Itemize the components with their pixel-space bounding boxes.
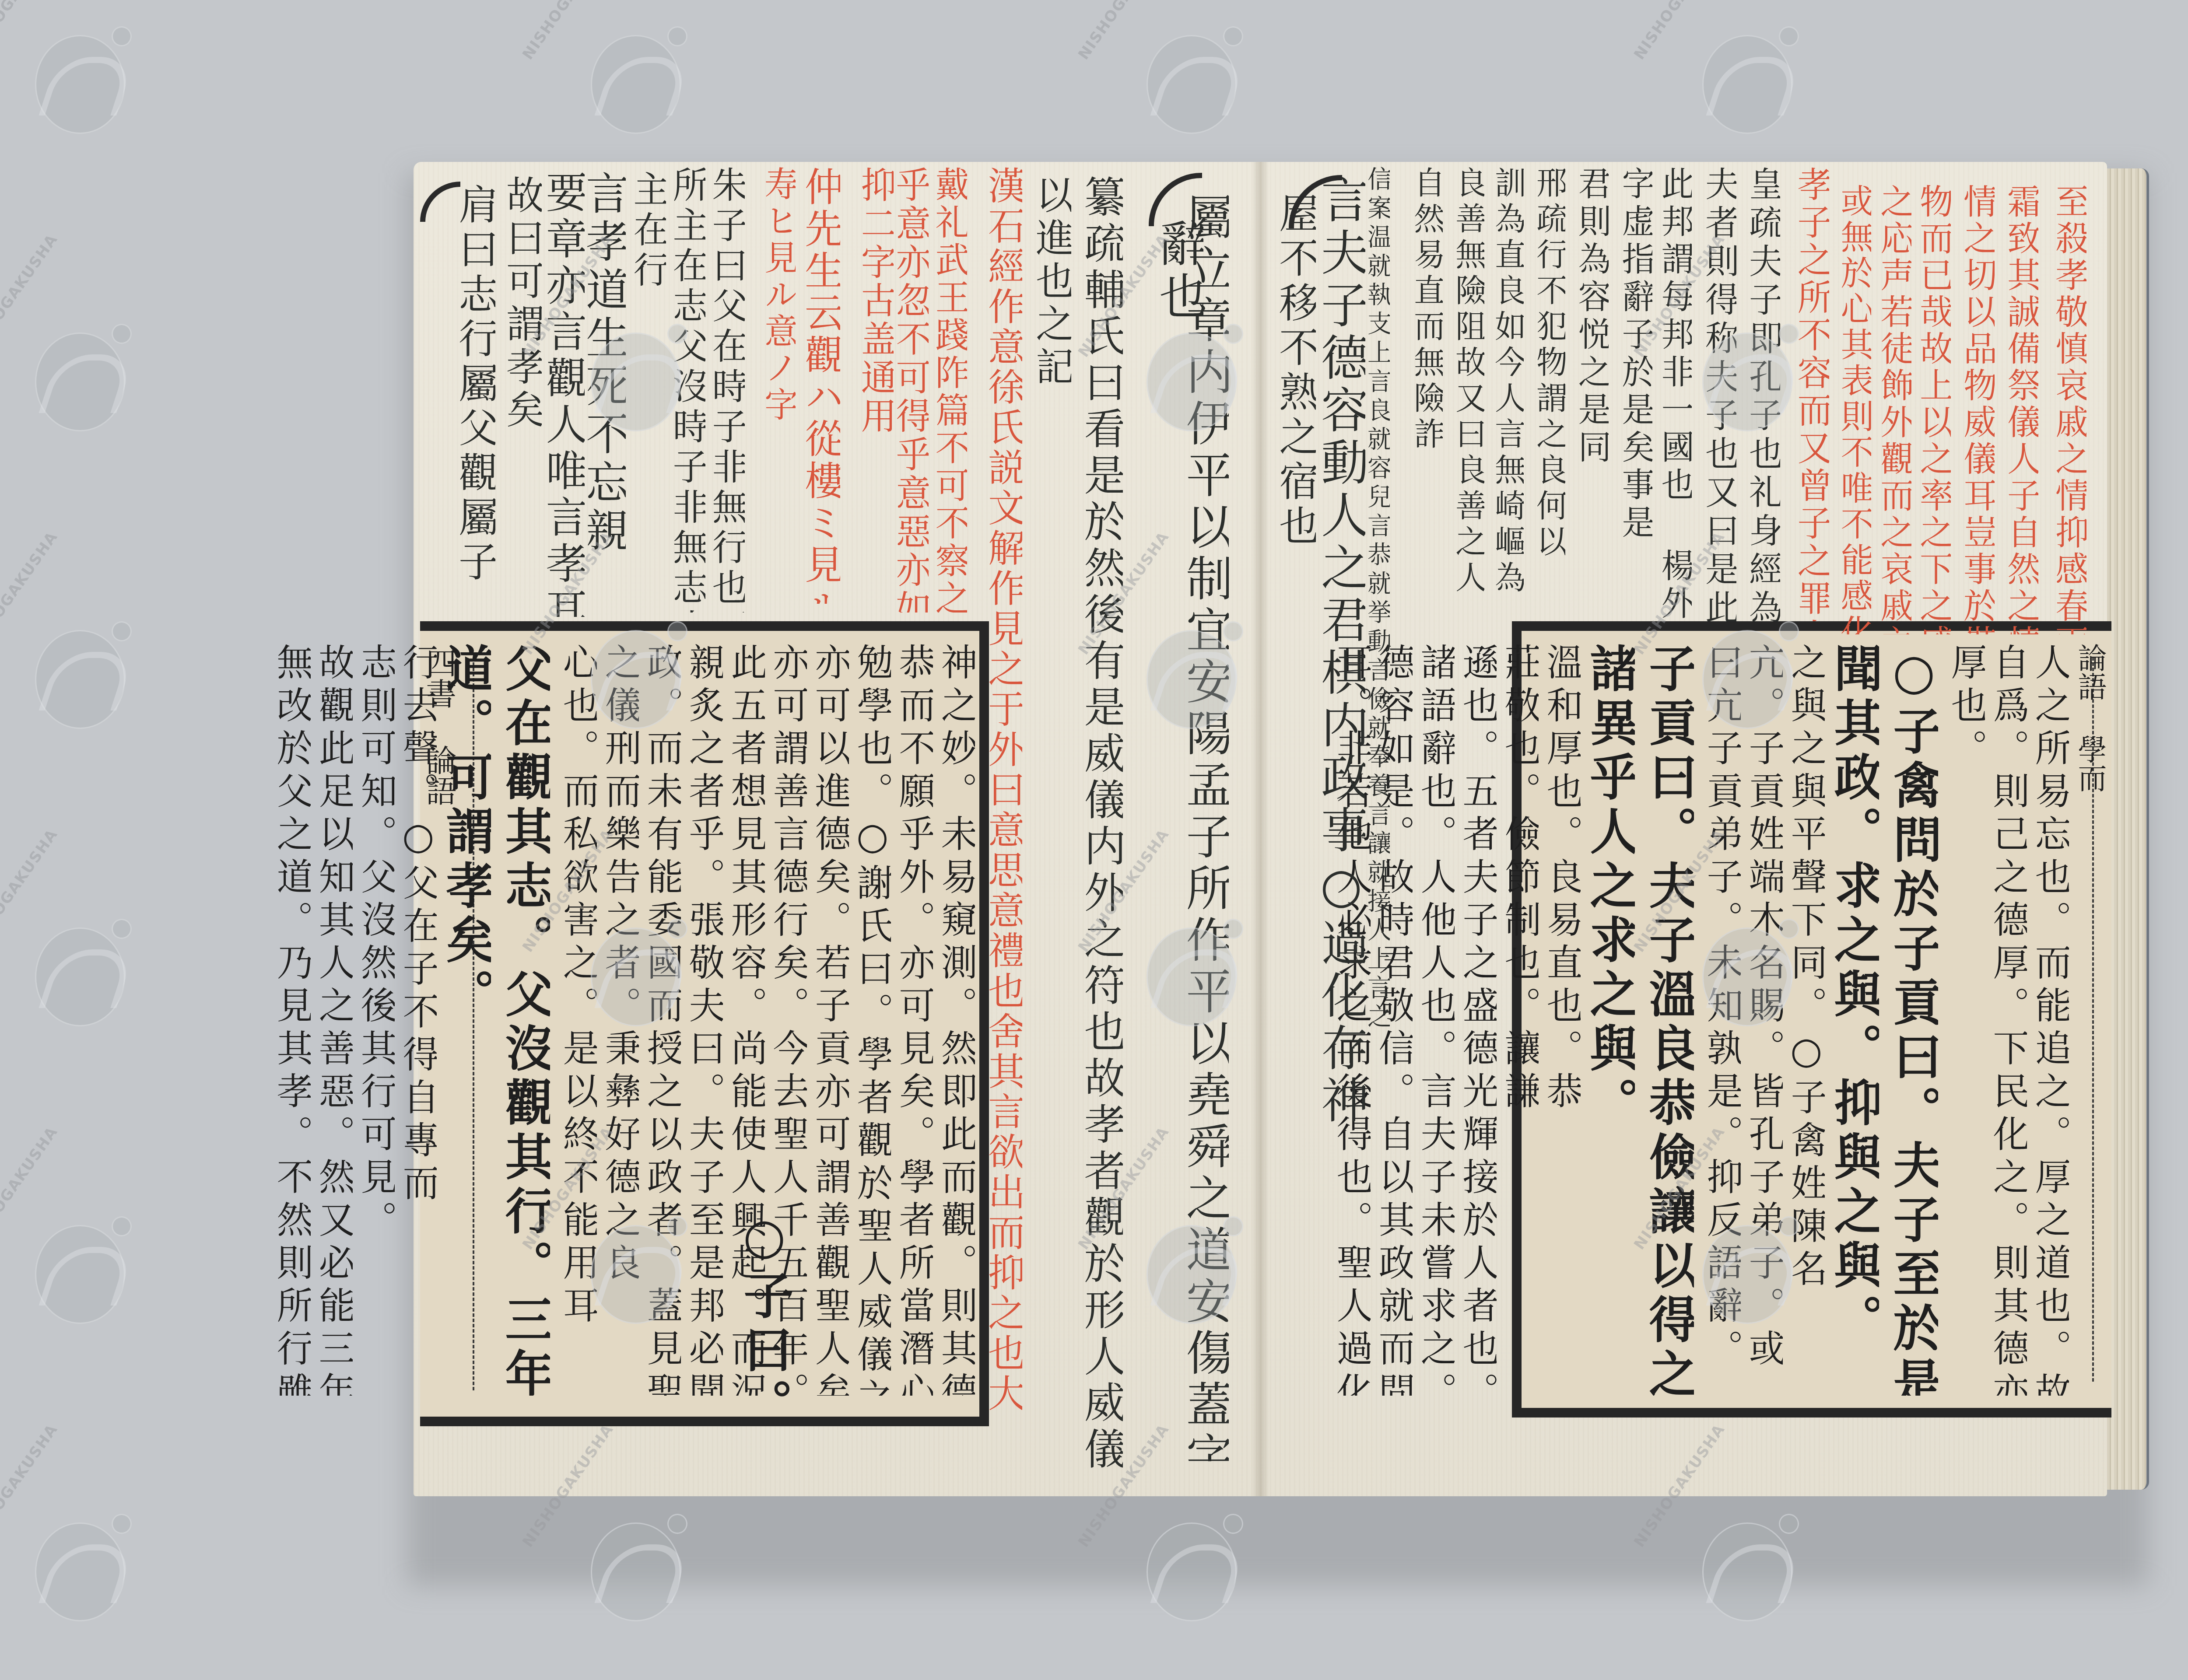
ink-annotation-column: 言夫子德容動人之君棋内政事○過化存神 (1317, 175, 1365, 1128)
printed-text-column: 亢。子貢姓端木名賜。皆孔子弟子。或 (1746, 643, 1783, 1372)
nishogakusha-logo-icon: NISHOGAKUSHA (18, 1496, 127, 1606)
ink-annotation-column: 朱子曰父在時子非無行也而其 (709, 166, 745, 612)
printed-text-column: 神之妙。未易窺測。然即此而觀。則其德盛禮 (938, 643, 975, 1396)
printed-text-column: 父在觀其志。父沒觀其行。三年無改於父之 (501, 643, 550, 1396)
printed-text-column: 政。而未有能委國而授之以政者。蓋見聖人 (644, 643, 681, 1396)
printed-text-column: 聞其政。求之與。抑與之與。 (1830, 643, 1879, 1348)
ink-annotation-column: 肩曰志行屬父觀屬子 (455, 184, 495, 585)
ink-annotation-column: 皇疏夫子即孔子也礼身經為大 (1746, 166, 1780, 621)
printed-text-column: 故觀此足以知其人之善惡。然又必能三年 (316, 643, 353, 1396)
nishogakusha-logo-icon: NISHOGAKUSHA (1685, 9, 1794, 118)
printed-text-column: 亦可以進德矣。若子貢亦可謂善觀聖人矣。 (812, 643, 849, 1396)
red-annotation-column: 寿ヒ見ル意ノ字 (761, 166, 796, 423)
nishogakusha-logo-icon: NISHOGAKUSHA (573, 9, 683, 118)
nishogakusha-logo-icon: NISHOGAKUSHA (18, 306, 127, 416)
printed-text-column: 曰亢子貢弟子。未知孰是。抑反語辭。 (1704, 643, 1741, 1372)
ink-annotation-column: 君則為容悦之是同 (1575, 166, 1609, 467)
printed-text-column: 親炙之者乎。張敬夫曰。夫子至是邦必聞其 (686, 643, 723, 1396)
printed-text-column: 厚也。 (1948, 643, 1985, 772)
ink-annotation-column: 良善無險阻故又曰良善之人 (1453, 166, 1484, 597)
ink-annotation-column: 字虚指辭子於是矣事是 (1619, 166, 1652, 542)
ink-annotation-column: 主在行 (630, 171, 666, 291)
printed-text-column: 溫和厚也。良易直也。恭 (1544, 643, 1581, 1115)
nishogakusha-logo-icon: NISHOGAKUSHA (1129, 9, 1238, 118)
printed-text-column: 恭而不願乎外。亦可見矣。學者所當潛心而 (896, 643, 933, 1396)
ink-annotation-column: 信案温就執支上言良就容兒言恭就挙動言儉就奉養言讓就接人上言之 (1365, 166, 1390, 1032)
ink-annotation-column: 言孝道生死不忘親 (582, 171, 626, 556)
ink-annotation-column: 故曰可謂孝矣 (503, 175, 542, 432)
printed-text-column: 之儀刑而樂告之者。秉彝好德之良 (602, 643, 639, 1286)
ink-annotation-column: 屬立章内伊平以制宜安陽孟子所作平以堯舜之道安傷蓋字子貢 (1182, 192, 1229, 1461)
red-annotation-column: 霜致其誠備祭儀人子自然之情表其 (2004, 184, 2038, 634)
ink-annotation-column: 辭也 (1155, 219, 1203, 324)
nishogakusha-logo-icon: NISHOGAKUSHA (18, 9, 127, 118)
red-annotation-column: 乎意亦忽不可得乎意惡亦如 (893, 166, 929, 612)
ink-annotation-column: 所主在志父沒時子非無志也所 (670, 166, 705, 612)
printed-text-column: 莊敬也。儉節制也。讓謙 (1502, 643, 1539, 1115)
book-gutter (1252, 162, 1269, 1496)
ink-annotation-column: 屋不移不熟之宿也 (1276, 192, 1316, 549)
printed-text-column: 遜也。五者夫子之盛德光輝接於人者也。其 (1460, 643, 1497, 1396)
printed-text-column: 人之所易忘也。而能追之。厚之道也。故以此 (2032, 643, 2069, 1396)
red-annotation-column: 情之切以品物威儀耳豈事於裝外飾 (1960, 184, 1995, 634)
red-annotation-column: 孝子之所不容而又曾子之罪人也 (1794, 166, 1829, 621)
book-fore-edge (2107, 168, 2149, 1490)
ink-annotation-column: 訓為直良如今人言無崎嶇為 (1492, 166, 1524, 597)
printed-text-column: 無改於父之道。乃見其孝。不然則所行雖善 (274, 643, 311, 1396)
printed-text-column: 子貢曰。夫子溫良恭儉讓以得之。夫子之求之也。其 (1645, 643, 1694, 1396)
left-inline-mark: ○子曰。 (740, 1207, 789, 1433)
red-annotation-column: 漢石經作意徐氏説文解作見之于外曰意思意禮也舍其言欲出而抑之也大 (985, 166, 1022, 1414)
red-annotation-column: 戴礼武王踐阼篇不可不察之意存 (932, 166, 967, 612)
printed-text-column: 自爲。則己之德厚。下民化之。則其德亦歸於 (1990, 643, 2027, 1396)
ink-annotation-column: 邢疏行不犯物謂之良何以 (1534, 166, 1565, 561)
printed-text-column: 諸語辭也。人他人也。言夫子未嘗求之。但其 (1418, 643, 1455, 1396)
right-margin-label: 論語 學而 (2075, 643, 2104, 792)
left-margin-label: 四書 論語 (424, 647, 454, 806)
nishogakusha-logo-icon: NISHOGAKUSHA (18, 1199, 127, 1308)
red-annotation-column: 至殺孝敬慎哀戚之情抑感春雨露秋 (2052, 184, 2086, 634)
ink-annotation-column: 要章亦言觀人唯言孝耳 (543, 171, 585, 617)
printed-text-column: 心也。而私欲害之。是以終不能用耳 (560, 643, 597, 1329)
nishogakusha-logo-icon: NISHOGAKUSHA (18, 901, 127, 1011)
printed-text-column: 勉學也。○謝氏曰。學者觀於聖人威儀之間。 (854, 643, 891, 1396)
printed-text-column: 諸異乎人之求之與。 (1586, 643, 1635, 1131)
printed-text-column: 之與之與平聲下同。○子禽姓陳名 (1788, 643, 1825, 1292)
red-annotation-column: 物而已哉故上以之率之下之感化猶響 (1917, 184, 1951, 634)
red-annotation-column: 之応声若徒飾外觀而之哀戚之情 (1877, 184, 1911, 634)
red-annotation-column: 仲先生云觀ハ從樓ミ見ルヲ (801, 166, 840, 604)
ink-annotation-column: 以進也之記 (1033, 175, 1071, 389)
printed-text-column: ○子禽問於子貢曰。夫子至於是邦也。必 (1889, 643, 1938, 1396)
ink-annotation-column: 夫者則得称夫子也又曰是此邦也 (1702, 166, 1736, 621)
printed-text-column: 志則可知。父沒然後其行可見。 (358, 643, 395, 1243)
ink-annotation-column: 纂疏輔氏曰看是於然後有是威儀内外之符也故孝者觀於形人威儀之間亦可 (1081, 175, 1123, 1470)
nishogakusha-logo-icon: NISHOGAKUSHA (18, 604, 127, 713)
red-annotation-column: 抑二字古盖通用 (858, 166, 894, 436)
ink-annotation-column: 此邦謂每邦非一國也 楊外是 (1659, 166, 1692, 621)
red-annotation-column: 或無於心其表則不唯不能感化人 (1838, 184, 1871, 634)
ink-annotation-column: 自然易直而無險詐 (1411, 166, 1443, 453)
